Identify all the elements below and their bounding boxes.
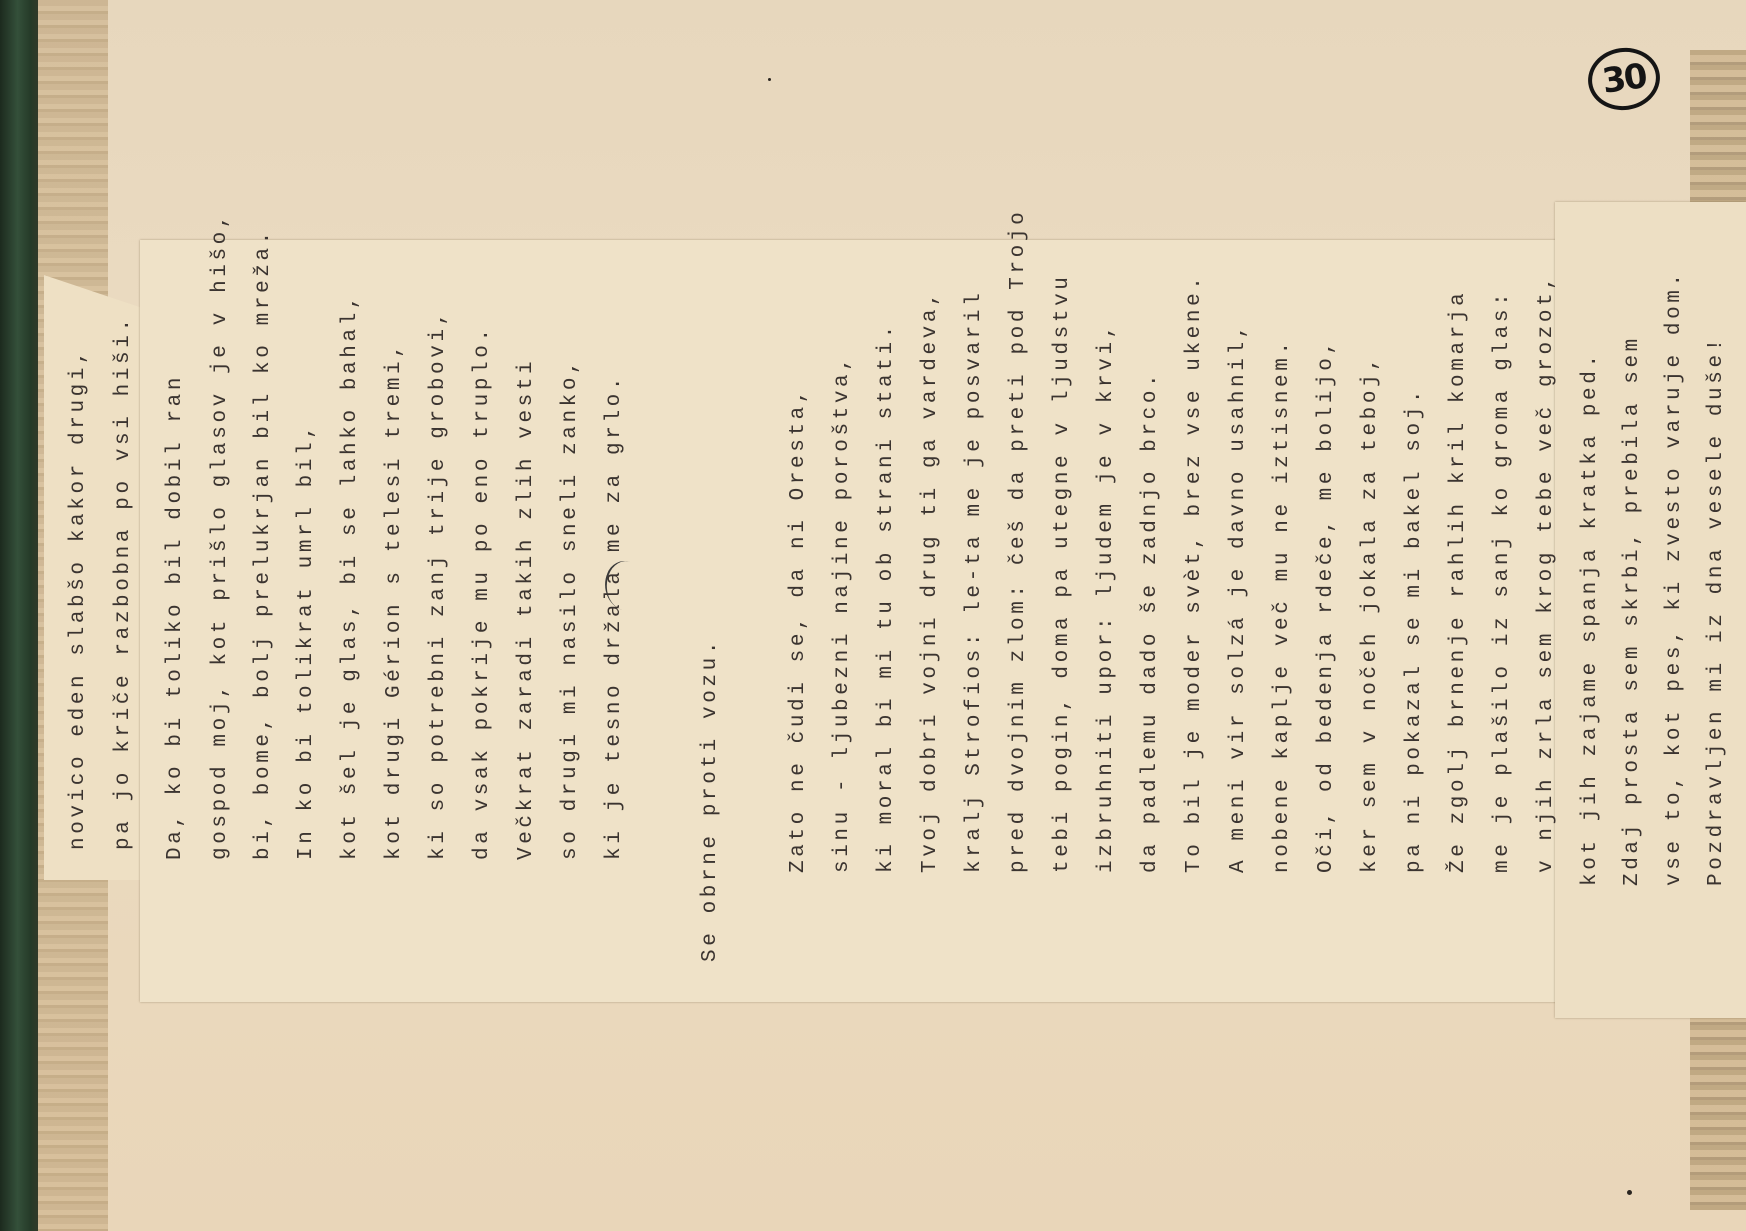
text-line: me je plašilo iz sanj ko groma glas: [1492,290,1513,873]
ink-dot [768,78,771,81]
text-line: izbruhniti upor: ljudem je v krvi, [1096,322,1117,873]
text-line: ki je tesno držala me za grlo. [604,374,625,860]
ink-dot [1627,1190,1632,1195]
text-line: da padlemu dado še zadnjo brco. [1140,371,1161,873]
text-line: Da, ko bi toliko bil dobil ran [165,374,186,860]
text-line: kralj Strofios: le-ta me je posvaril [964,290,985,873]
text-line: kot drugi Gérion s telesi tremi, [384,342,405,860]
text-line: ki so potrebni zanj trije grobovi, [428,309,449,860]
text-line: ker sem v nočeh jokala za teboj, [1360,355,1381,873]
text-line: sinu - ljubezni najine poroštva, [832,355,853,873]
text-line: Oči, od bedenja rdeče, me bolijo, [1316,338,1337,873]
text-line: Tvoj dobri vojni drug ti ga vardeva, [920,290,941,873]
left-paper-strip [44,275,152,880]
text-line: Pozdravljen mi iz dna vesele duše! [1706,335,1727,886]
text-line: nobene kaplje več mu ne iztisnem. [1272,338,1293,873]
text-line: vse to, kot pes, ki zvesto varuje dom. [1664,270,1685,886]
text-line: gospod moj, kot prišlo glasov je v hišo, [210,212,231,860]
text-line: Večkrat zaradi takih zlih vesti [516,358,537,860]
text-line: pred dvojnim zlom: češ da preti pod Troj… [1008,209,1029,873]
text-line: tebi pogin, doma pa utegne v ljudstvu [1052,274,1073,873]
text-line: A meni vir solzá je davno usahnil, [1228,322,1249,873]
text-line: so drugi mi nasilo sneli zanko, [560,358,581,860]
text-line: ki moral bi mi tu ob strani stati. [876,322,897,873]
text-line: novico eden slabšo kakor drugi, [68,348,89,850]
text-line: In ko bi tolikrat umrl bil, [296,423,317,860]
text-line: Že zgolj brnenje rahlih kril komarja [1448,290,1469,873]
text-line: pa ni pokazal se mi bakel soj. [1404,387,1425,873]
text-line: To bil je moder svèt, brez vse ukene. [1184,274,1205,873]
stage-direction: Se obrne proti vozu. [700,638,721,962]
text-line: kot šel je glas, bi se lahko bahal, [340,293,361,860]
text-line: Zdaj prosta sem skrbi, prebila sem [1622,335,1643,886]
text-line: pa jo kriče razbobna po vsi hiši. [113,315,134,850]
text-line: da vsak pokrije mu po eno truplo. [472,325,493,860]
text-line: bi, bome, bolj prelukrjan bil ko mreža. [253,228,274,860]
text-line: v njih zrla sem krog tebe več grozot, [1536,274,1557,873]
text-line: kot jih zajame spanja kratka ped. [1580,351,1601,886]
text-line: Zato ne čudi se, da ni Oresta, [788,387,809,873]
